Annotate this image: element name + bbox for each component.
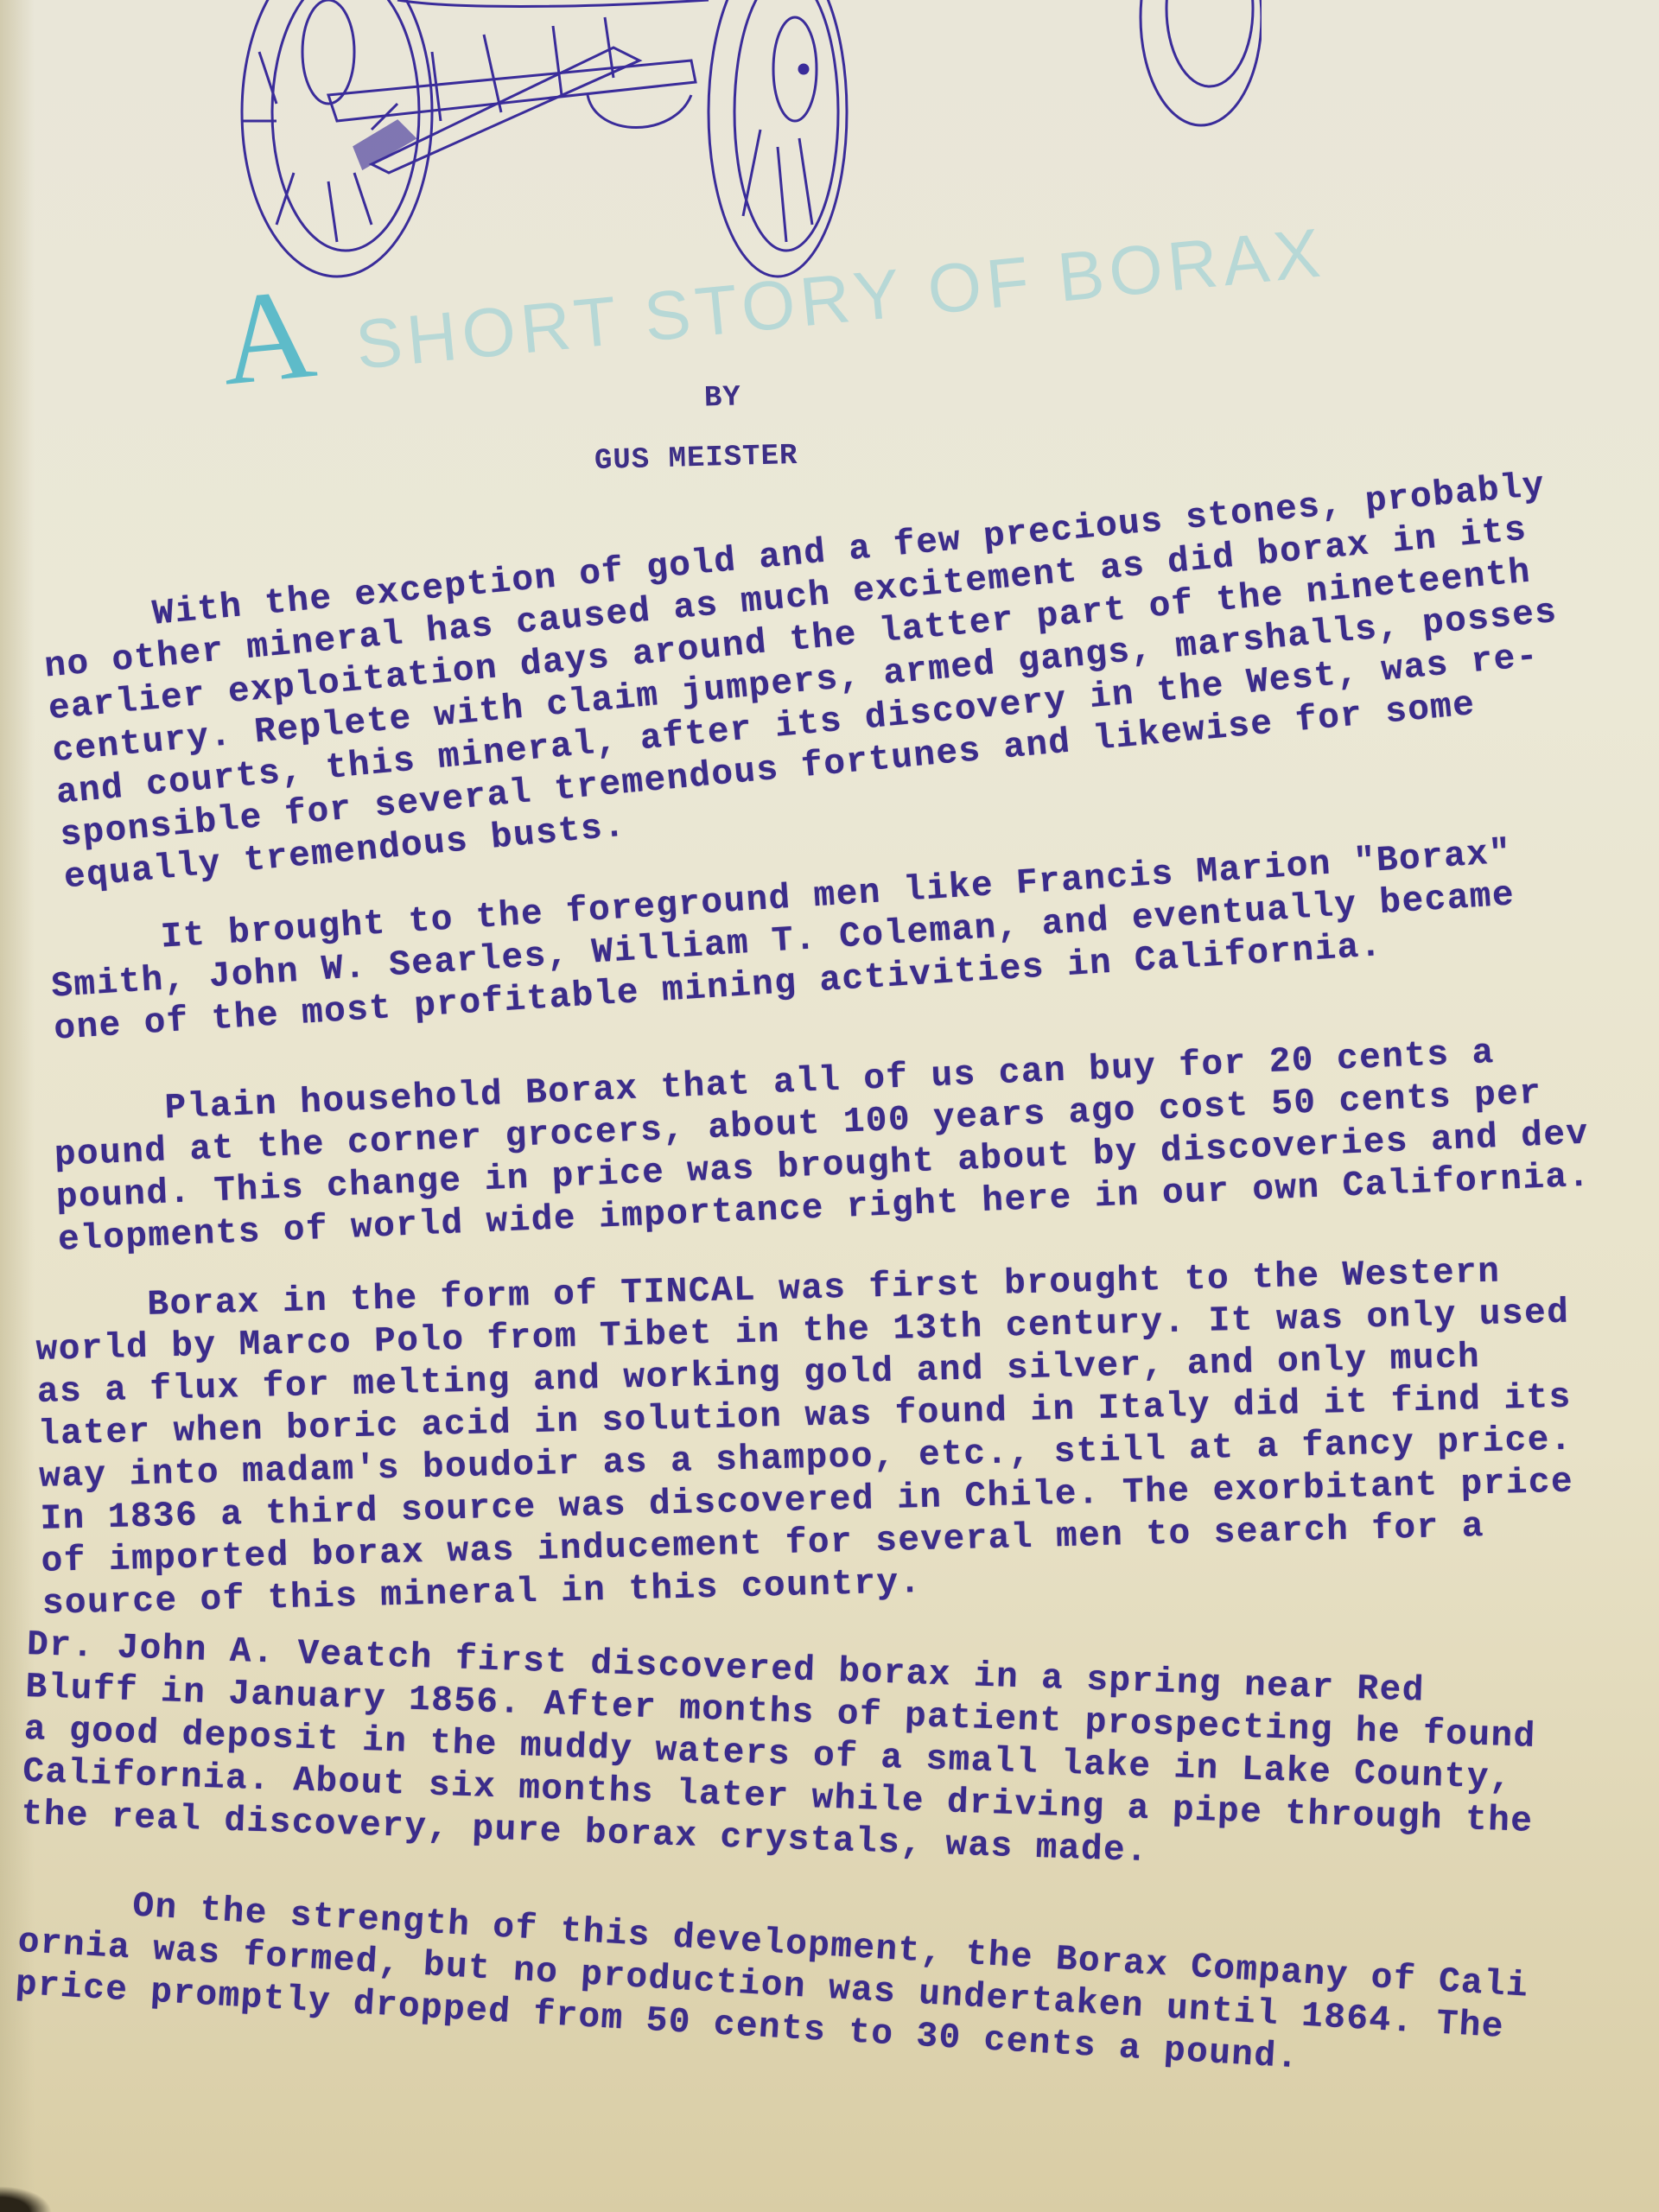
byline-label: BY xyxy=(704,381,742,415)
paragraph-1: With the exception of gold and a few pre… xyxy=(39,454,1659,899)
author-name: GUS MEISTER xyxy=(594,440,798,478)
paragraph-6: On the strength of this development, the… xyxy=(15,1879,1643,2100)
paragraph-5: Dr. John A. Veatch first discovered bora… xyxy=(21,1624,1651,1890)
title-initial: A xyxy=(214,258,321,416)
title-text: SHORT STORY OF BORAX xyxy=(353,213,1329,385)
table-surface-corner xyxy=(0,2186,52,2212)
paragraph-4: Borax in the form of TINCAL was first br… xyxy=(35,1248,1659,1626)
paragraph-3: Plain household Borax that all of us can… xyxy=(52,1025,1659,1262)
